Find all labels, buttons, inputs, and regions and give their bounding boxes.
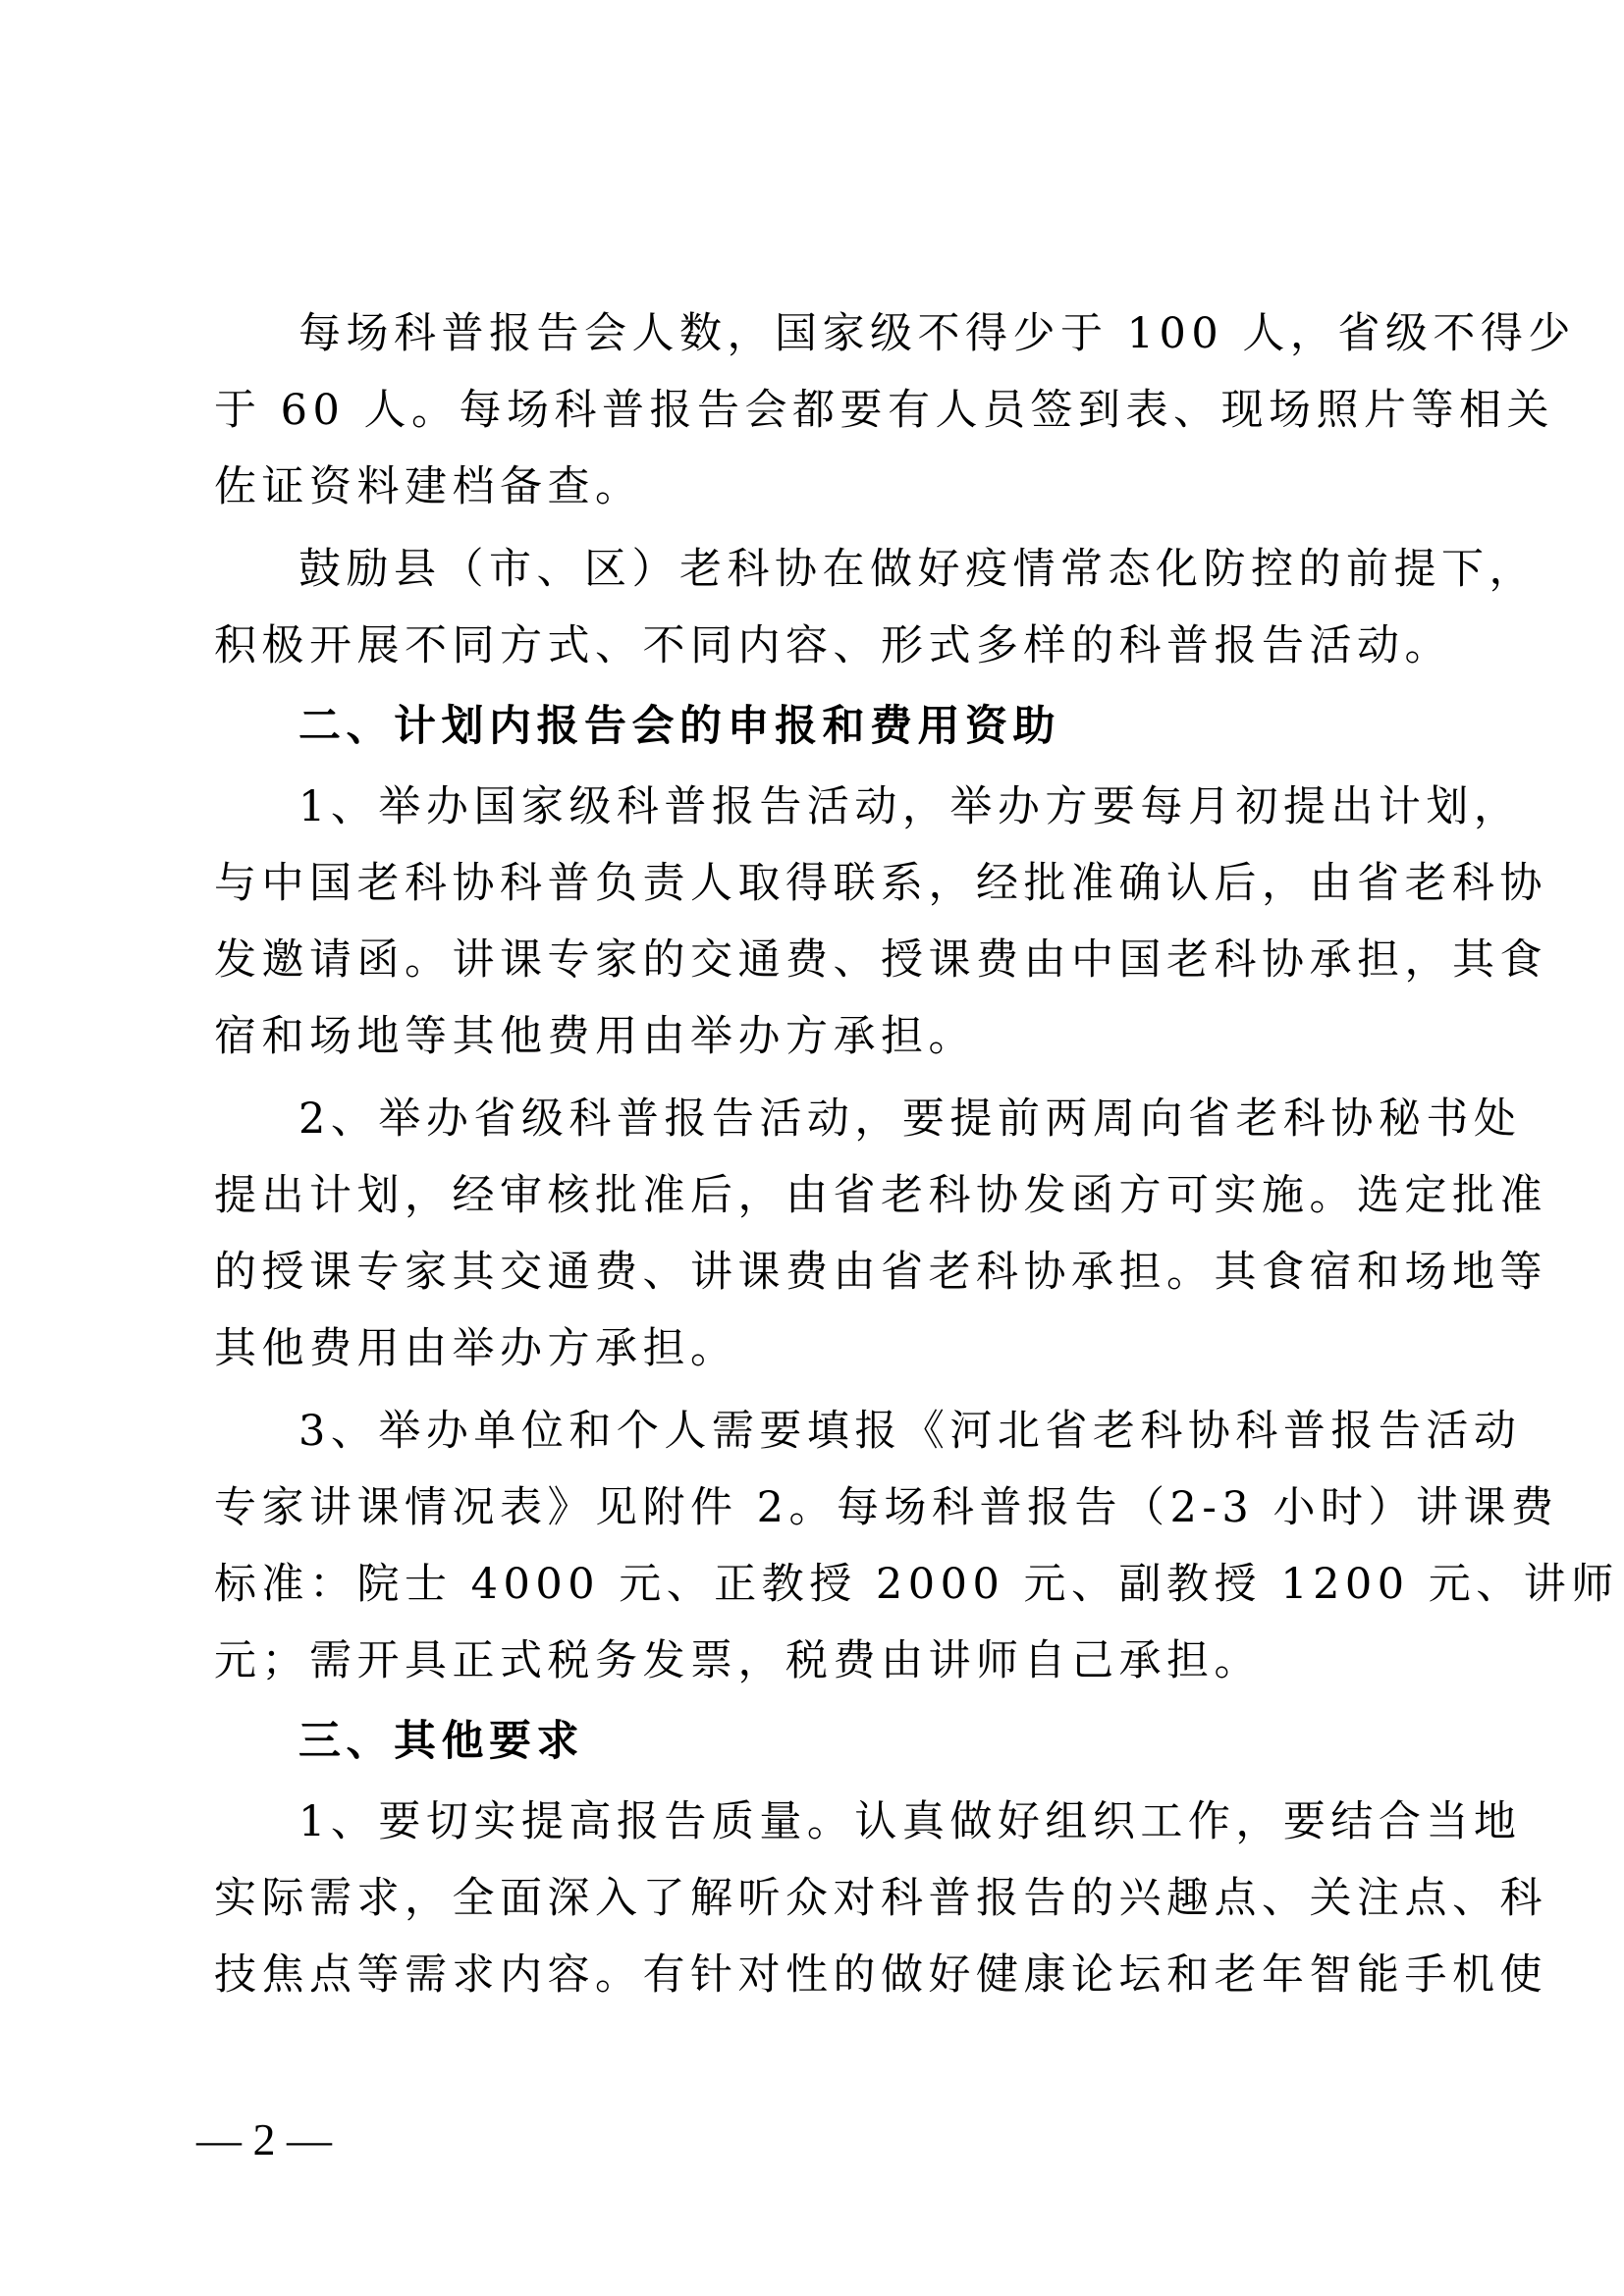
- section-heading-3: 三、其他要求: [298, 1702, 584, 1781]
- paragraph-line: 积极开展不同方式、不同内容、形式多样的科普报告活动。: [214, 607, 1452, 685]
- paragraph-line: 提出计划，经审核批准后，由省老科协发函方可实施。选定批准: [214, 1156, 1547, 1235]
- paragraph-line: 元；需开具正式税务发票，税费由讲师自己承担。: [214, 1622, 1262, 1700]
- paragraph-line: 1、举办国家级科普报告活动，举办方要每月初提出计划，: [298, 768, 1521, 846]
- paragraph-line: 1、要切实提高报告质量。认真做好组织工作，要结合当地: [298, 1783, 1521, 1861]
- paragraph-line: 于 60 人。每场科普报告会都要有人员签到表、现场照片等相关: [214, 371, 1554, 450]
- page-number: — 2 —: [196, 2110, 332, 2169]
- paragraph-line: 的授课专家其交通费、讲课费由省老科协承担。其食宿和场地等: [214, 1233, 1547, 1311]
- paragraph-line: 宿和场地等其他费用由举办方承担。: [214, 997, 976, 1076]
- paragraph-line: 标准：院士 4000 元、正教授 2000 元、副教授 1200 元、讲师 80…: [214, 1545, 1624, 1624]
- paragraph-line: 2、举办省级科普报告活动，要提前两周向省老科协秘书处: [298, 1080, 1521, 1158]
- paragraph-line: 其他费用由举办方承担。: [214, 1309, 738, 1388]
- paragraph-line: 佐证资料建档备查。: [214, 448, 643, 526]
- paragraph-line: 鼓励县（市、区）老科协在做好疫情常态化防控的前提下，: [298, 530, 1537, 609]
- paragraph-line: 实际需求，全面深入了解听众对科普报告的兴趣点、关注点、科: [214, 1859, 1547, 1938]
- paragraph-line: 技焦点等需求内容。有针对性的做好健康论坛和老年智能手机使: [214, 1936, 1547, 2014]
- paragraph-line: 每场科普报告会人数，国家级不得少于 100 人，省级不得少: [298, 294, 1576, 373]
- paragraph-line: 与中国老科协科普负责人取得联系，经批准确认后，由省老科协: [214, 844, 1547, 923]
- paragraph-line: 发邀请函。讲课专家的交通费、授课费由中国老科协承担，其食: [214, 921, 1547, 999]
- paragraph-line: 3、举办单位和个人需要填报《河北省老科协科普报告活动: [298, 1392, 1521, 1470]
- paragraph-line: 专家讲课情况表》见附件 2。每场科普报告（2-3 小时）讲课费: [214, 1468, 1558, 1547]
- section-heading-2: 二、计划内报告会的申报和费用资助: [298, 687, 1060, 766]
